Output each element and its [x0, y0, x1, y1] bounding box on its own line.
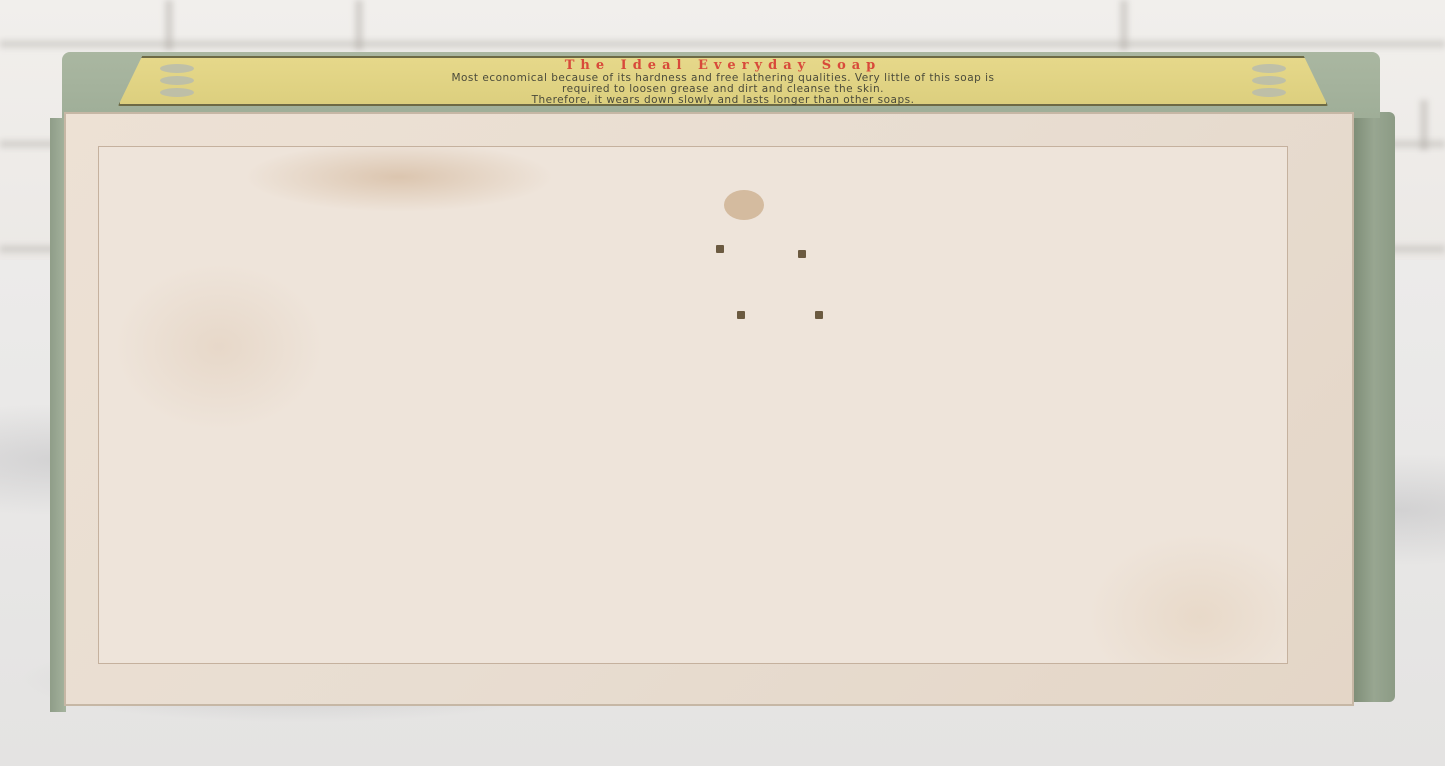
mortar-line: [1420, 100, 1428, 150]
mortar-line: [355, 0, 363, 50]
staple-hole: [716, 245, 724, 253]
box-right-side: [1353, 112, 1395, 702]
label-title: The Ideal Everyday Soap: [120, 59, 1326, 73]
staple-hole: [737, 311, 745, 319]
box-lid-edge: The Ideal Everyday Soap Most economical …: [62, 52, 1380, 118]
soap-box: The Ideal Everyday Soap Most economical …: [50, 52, 1395, 712]
mortar-line: [1120, 0, 1128, 50]
staple-hole: [815, 311, 823, 319]
mortar-line: [165, 0, 173, 50]
staple-hole: [798, 250, 806, 258]
product-label: The Ideal Everyday Soap Most economical …: [118, 56, 1328, 106]
paper-tear-mark: [724, 190, 764, 220]
label-line-3: Therefore, it wears down slowly and last…: [120, 95, 1326, 106]
box-bottom-face: [64, 112, 1354, 706]
decorative-dots-left: [160, 64, 194, 100]
decorative-dots-right: [1252, 64, 1286, 100]
mortar-line: [0, 40, 1445, 48]
box-face-panel: [98, 146, 1288, 664]
